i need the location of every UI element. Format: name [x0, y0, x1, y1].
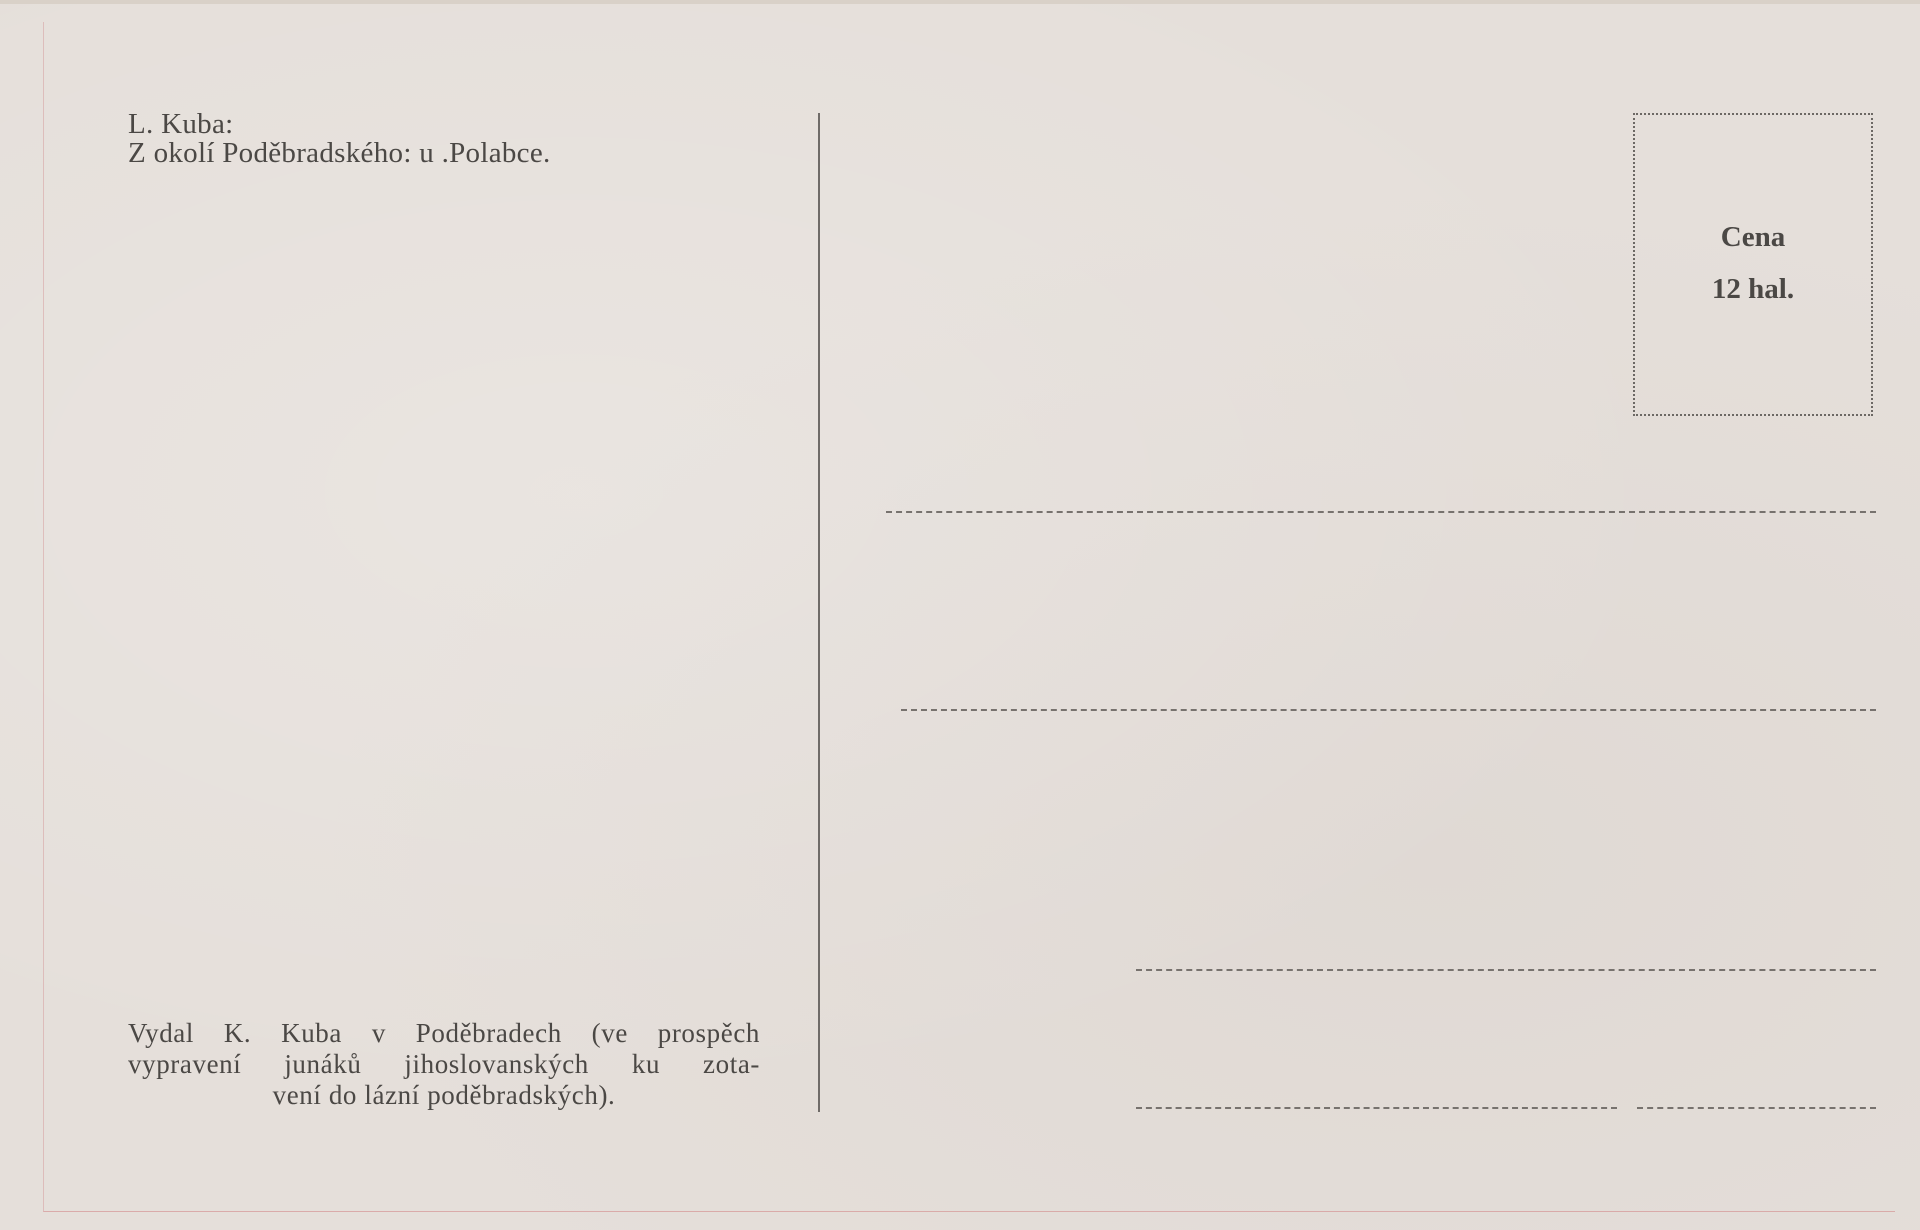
address-line-4b: [1637, 1107, 1876, 1109]
address-line-4a: [1136, 1107, 1617, 1109]
stamp-price-value: 12 hal.: [1635, 273, 1871, 306]
address-line-1: [886, 511, 1876, 513]
publisher-note-line-2: vypravení junáků jihoslovanských ku zota…: [128, 1049, 760, 1080]
address-line-3: [1136, 969, 1876, 971]
picture-caption: Z okolí Poděbradského: u .Polabce.: [128, 139, 551, 168]
stamp-price-label: Cena: [1635, 221, 1871, 254]
paper-edge: [0, 0, 1920, 4]
stamp-box: Cena 12 hal.: [1633, 113, 1873, 416]
publisher-note-line-1: Vydal K. Kuba v Poděbradech (ve prospěch: [128, 1018, 760, 1049]
picture-title: L. Kuba: Z okolí Poděbradského: u .Polab…: [128, 110, 551, 168]
publisher-note-line-3: vení do lázní poděbradských).: [128, 1080, 760, 1111]
author-name: L. Kuba:: [128, 110, 551, 139]
address-line-2: [901, 709, 1876, 711]
message-address-divider: [818, 113, 820, 1112]
publisher-note: Vydal K. Kuba v Poděbradech (ve prospěch…: [128, 1018, 760, 1111]
postcard-back: L. Kuba: Z okolí Poděbradského: u .Polab…: [0, 0, 1920, 1230]
